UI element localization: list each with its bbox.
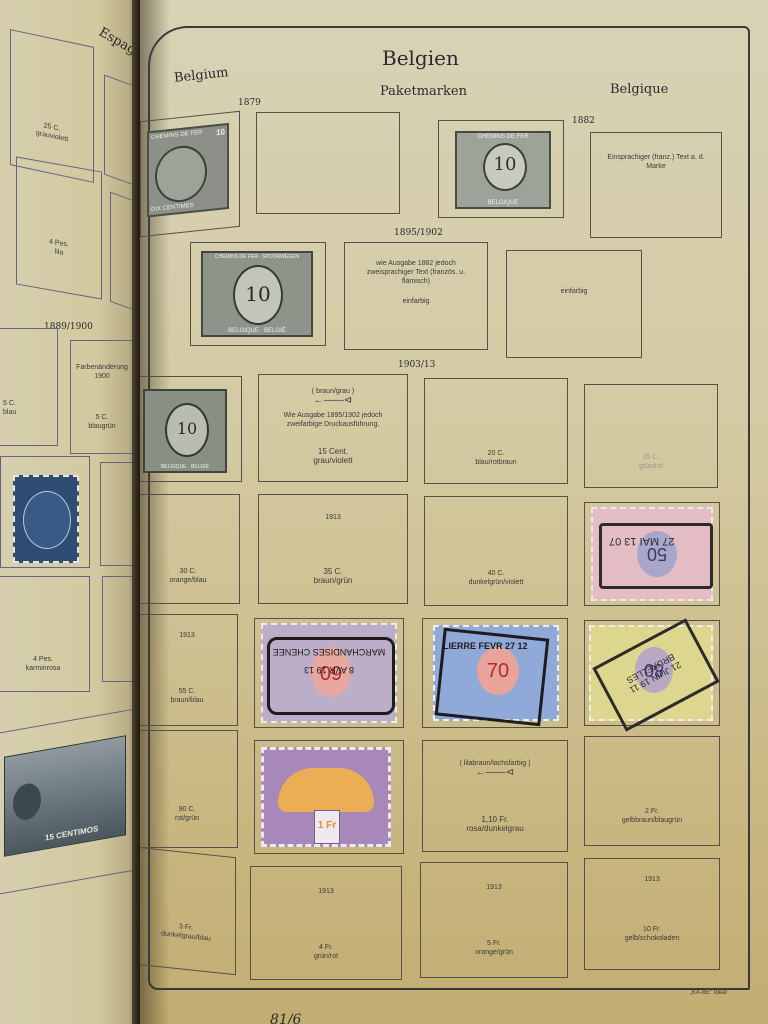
portrait-oval — [23, 491, 71, 549]
year-1882: 1882 — [572, 116, 595, 126]
stamp-value: 1 Fr — [314, 810, 340, 844]
arrow-left-icon: ←——⊲ — [476, 768, 514, 777]
year-text: 1913 — [585, 875, 719, 884]
box-1879-stamp: CHEMINS DE FER DIX CENTIMES 10 — [140, 111, 240, 238]
subtitle-german: Paketmarken — [380, 84, 467, 99]
value-text: 30 C. — [180, 568, 197, 575]
value-text: 3 Fr. — [179, 923, 193, 931]
color-text: grün/rot — [639, 463, 663, 470]
value-text: 4 Fr. — [319, 944, 333, 951]
value-text: 1,10 Fr. — [481, 815, 508, 824]
stamp-50c[interactable]: 50 27 MAI 13 07 — [591, 507, 713, 601]
stamp-60c[interactable]: 60 8 AVR 19 13 MARCHANDISES CHENEE — [261, 623, 397, 723]
stamp-1882-10c[interactable]: 10 CHEMINS DE FER BELGIQUE — [455, 131, 551, 209]
year-text: 1913 — [421, 883, 567, 892]
left-box-partial — [110, 192, 134, 311]
note-text: wie Ausgabe 1882 jedoch zweisprachiger T… — [345, 259, 487, 286]
year-text: 1913 — [251, 887, 401, 896]
box-60c-stamp: 60 8 AVR 19 13 MARCHANDISES CHENEE — [254, 618, 404, 728]
stamp-bottom-text: BELGIQUE · BELGIË — [203, 328, 311, 334]
color-text: gelb/schokoladen — [625, 935, 680, 942]
note-text: Einsprachiger (franz.) Text a. d. Marke — [591, 153, 721, 171]
value-text: 90 C. — [179, 806, 196, 813]
subtitle-french: Belgique — [610, 82, 668, 97]
stamp-80c[interactable]: 80 21 JUIN 19 11 BRUXELLES — [589, 625, 713, 721]
value-text: 10 Fr. — [643, 926, 661, 933]
note-text: Wie Ausgabe 1895/1902 jedoch zweifarbige… — [259, 411, 407, 429]
color-text: grau/violett — [313, 456, 352, 465]
paren-note: ( braun/grau )←——⊲ — [259, 387, 407, 406]
value-text: 20 C. — [488, 450, 505, 457]
box-1895-einfarbig: einfarbig — [506, 250, 642, 358]
medallion — [13, 781, 41, 822]
stamp-top-text: CHEMINS DE FER — [151, 130, 202, 141]
color-text: braun/grün — [314, 576, 353, 585]
stamp-1879-10c[interactable]: CHEMINS DE FER DIX CENTIMES 10 — [147, 123, 229, 218]
year-1903: 1903/13 — [398, 360, 435, 370]
year-text: 1913 — [140, 631, 237, 640]
arrow-left-icon: ←——⊲ — [314, 396, 352, 405]
box-90c: 90 C.rot/grün — [140, 730, 238, 848]
box-35c: 1913 35 C.braun/grün — [258, 494, 408, 604]
box-1fr-stamp: 1 Fr — [254, 740, 404, 854]
note-text: Farbenänderung 1900 — [71, 363, 133, 381]
color-text: orange/blau — [170, 577, 207, 584]
color-text: gelbbraun/blaugrün — [622, 817, 682, 824]
value-text: 40 C. — [488, 570, 505, 577]
box-4fr: 1913 4 Fr.grün/rot — [250, 866, 402, 980]
value-text: 25 C. — [643, 454, 660, 461]
value-text: 4 Pes. — [33, 656, 53, 663]
color-text: orange/grün — [475, 949, 513, 956]
stamp-value: 10 — [165, 403, 209, 457]
color-text: braun/blau — [170, 697, 203, 704]
color-text: blau/rotbraun — [475, 459, 516, 466]
color-text: karminrosa — [26, 665, 61, 672]
cancellation-text: 8 AVR 19 13 MARCHANDISES CHENEE — [271, 643, 387, 679]
value-text: 15 Cent. — [318, 447, 348, 456]
box-10fr: 1913 10 Fr.gelb/schokoladen — [584, 858, 720, 970]
stamp-value: 10 — [216, 127, 225, 137]
left-stamp-box — [0, 456, 90, 568]
box-1879-empty — [256, 112, 400, 214]
paren-note: ( lilabraun/lachsfarbig )←——⊲ — [423, 759, 567, 778]
value-text: 5 C. — [96, 414, 109, 421]
box-1903-25c: 25 C.grün/rot — [584, 384, 718, 488]
stamp-1fr[interactable]: 1 Fr — [261, 747, 391, 847]
right-album-page: Belgien Belgium Paketmarken Belgique 187… — [140, 0, 768, 1024]
box-2fr: 2 Fr.gelbbraun/blaugrün — [584, 736, 720, 846]
cancellation-text: LIERRE FEVR 27 12 — [443, 637, 533, 655]
year-1879: 1879 — [238, 98, 261, 108]
winged-wheel — [278, 768, 374, 812]
left-box-partial — [100, 462, 134, 566]
stamp-bottom-text: BELGIQUE · BELGIË — [145, 464, 225, 470]
color-text: einfarbig — [345, 297, 487, 306]
value-text: 5 C. — [3, 400, 16, 407]
paren-text: lilabraun/lachsfarbig — [464, 760, 526, 767]
cancellation-text: 27 MAI 13 07 — [609, 535, 674, 547]
color-text: einfarbig — [507, 287, 641, 296]
box-50c-stamp: 50 27 MAI 13 07 — [584, 502, 720, 606]
left-box-partial — [104, 75, 134, 186]
box-1903-15c: ( braun/grau )←——⊲ Wie Ausgabe 1895/1902… — [258, 374, 408, 482]
left-album-page: Espagne 25 C.grauviolett 4 Pes.lila 1889… — [0, 0, 140, 1024]
coat-of-arms — [155, 143, 207, 204]
stamp-comunicaciones[interactable] — [13, 475, 79, 563]
stamp-1903-10c[interactable]: 10 BELGIQUE · BELGIË — [143, 389, 227, 473]
stamp-bottom-text: DIX CENTIMES — [151, 203, 194, 213]
year-1895: 1895/1902 — [394, 228, 443, 238]
box-70c-stamp: 70 LIERRE FEVR 27 12 — [422, 618, 568, 728]
page-number: 81/6 — [270, 1012, 301, 1024]
box-1895-note: wie Ausgabe 1882 jedoch zweisprachiger T… — [344, 242, 488, 350]
color-text: blaugrün — [88, 423, 115, 430]
publisher-mark: „KA-BE" Ideal — [690, 990, 727, 996]
box-1882-stamp: 10 CHEMINS DE FER BELGIQUE — [438, 120, 564, 218]
box-30c: 30 C.orange/blau — [140, 494, 240, 604]
box-40c: 40 C.dunkelgrün/violett — [424, 496, 568, 606]
box-80c-stamp: 80 21 JUIN 19 11 BRUXELLES — [584, 620, 720, 726]
page-title: Belgien — [382, 46, 459, 70]
color-text: grauviolett — [36, 130, 68, 144]
box-5fr: 1913 5 Fr.orange/grün — [420, 862, 568, 978]
left-box-4pes-karminrosa: 4 Pes.karminrosa — [0, 576, 90, 692]
color-text: grün/rot — [314, 953, 338, 960]
value-text: 55 C. — [179, 688, 196, 695]
cancellation-box — [599, 523, 713, 589]
stamp-1895-10c[interactable]: 10 CHEMINS DE FER · SPOORWEGEN BELGIQUE … — [201, 251, 313, 337]
color-text: lila — [55, 248, 64, 257]
box-1903-stamp: 10 BELGIQUE · BELGIË — [140, 376, 242, 482]
value-text: 2 Fr. — [645, 808, 659, 815]
box-1-10fr: ( lilabraun/lachsfarbig )←——⊲ 1,10 Fr.ro… — [422, 740, 568, 852]
color-text: dunkelgrün/violett — [469, 579, 524, 586]
box-1895-stamp: 10 CHEMINS DE FER · SPOORWEGEN BELGIQUE … — [190, 242, 326, 346]
color-text: blau — [3, 409, 16, 416]
left-box-4pes-lila: 4 Pes.lila — [16, 156, 102, 299]
stamp-top-text: CHEMINS DE FER — [457, 134, 549, 140]
year-text: 1913 — [259, 513, 407, 522]
box-1903-20c: 20 C.blau/rotbraun — [424, 378, 568, 484]
stamp-text: 15 CENTIMOS — [45, 824, 98, 842]
left-box-5c-blaugruen: Farbenänderung 1900 5 C.blaugrün — [70, 340, 134, 454]
stamp-bottom-text: BELGIQUE — [457, 200, 549, 206]
stamp-value: 10 — [483, 143, 527, 191]
paren-text: braun/grau — [316, 388, 350, 395]
color-text: rot/grün — [175, 815, 199, 822]
value-text: 5 Fr. — [487, 940, 501, 947]
left-box-partial — [102, 576, 134, 682]
left-box-5c-blau: 5 C.blau — [0, 328, 58, 446]
box-3fr: 3 Fr.dunkelgrau/blau — [140, 847, 236, 976]
color-text: rosa/dunkelgrau — [466, 824, 523, 833]
stamp-top-text: CHEMINS DE FER · SPOORWEGEN — [203, 254, 311, 260]
box-55c: 1913 55 C.braun/blau — [140, 614, 238, 726]
stamp-value: 10 — [233, 265, 283, 325]
value-text: 4 Pes. — [49, 238, 69, 249]
value-text: 35 C. — [323, 567, 342, 576]
stamp-70c[interactable]: 70 LIERRE FEVR 27 12 — [433, 625, 559, 721]
color-text: dunkelgrau/blau — [161, 930, 211, 942]
box-1882-note: Einsprachiger (franz.) Text a. d. Marke — [590, 132, 722, 238]
